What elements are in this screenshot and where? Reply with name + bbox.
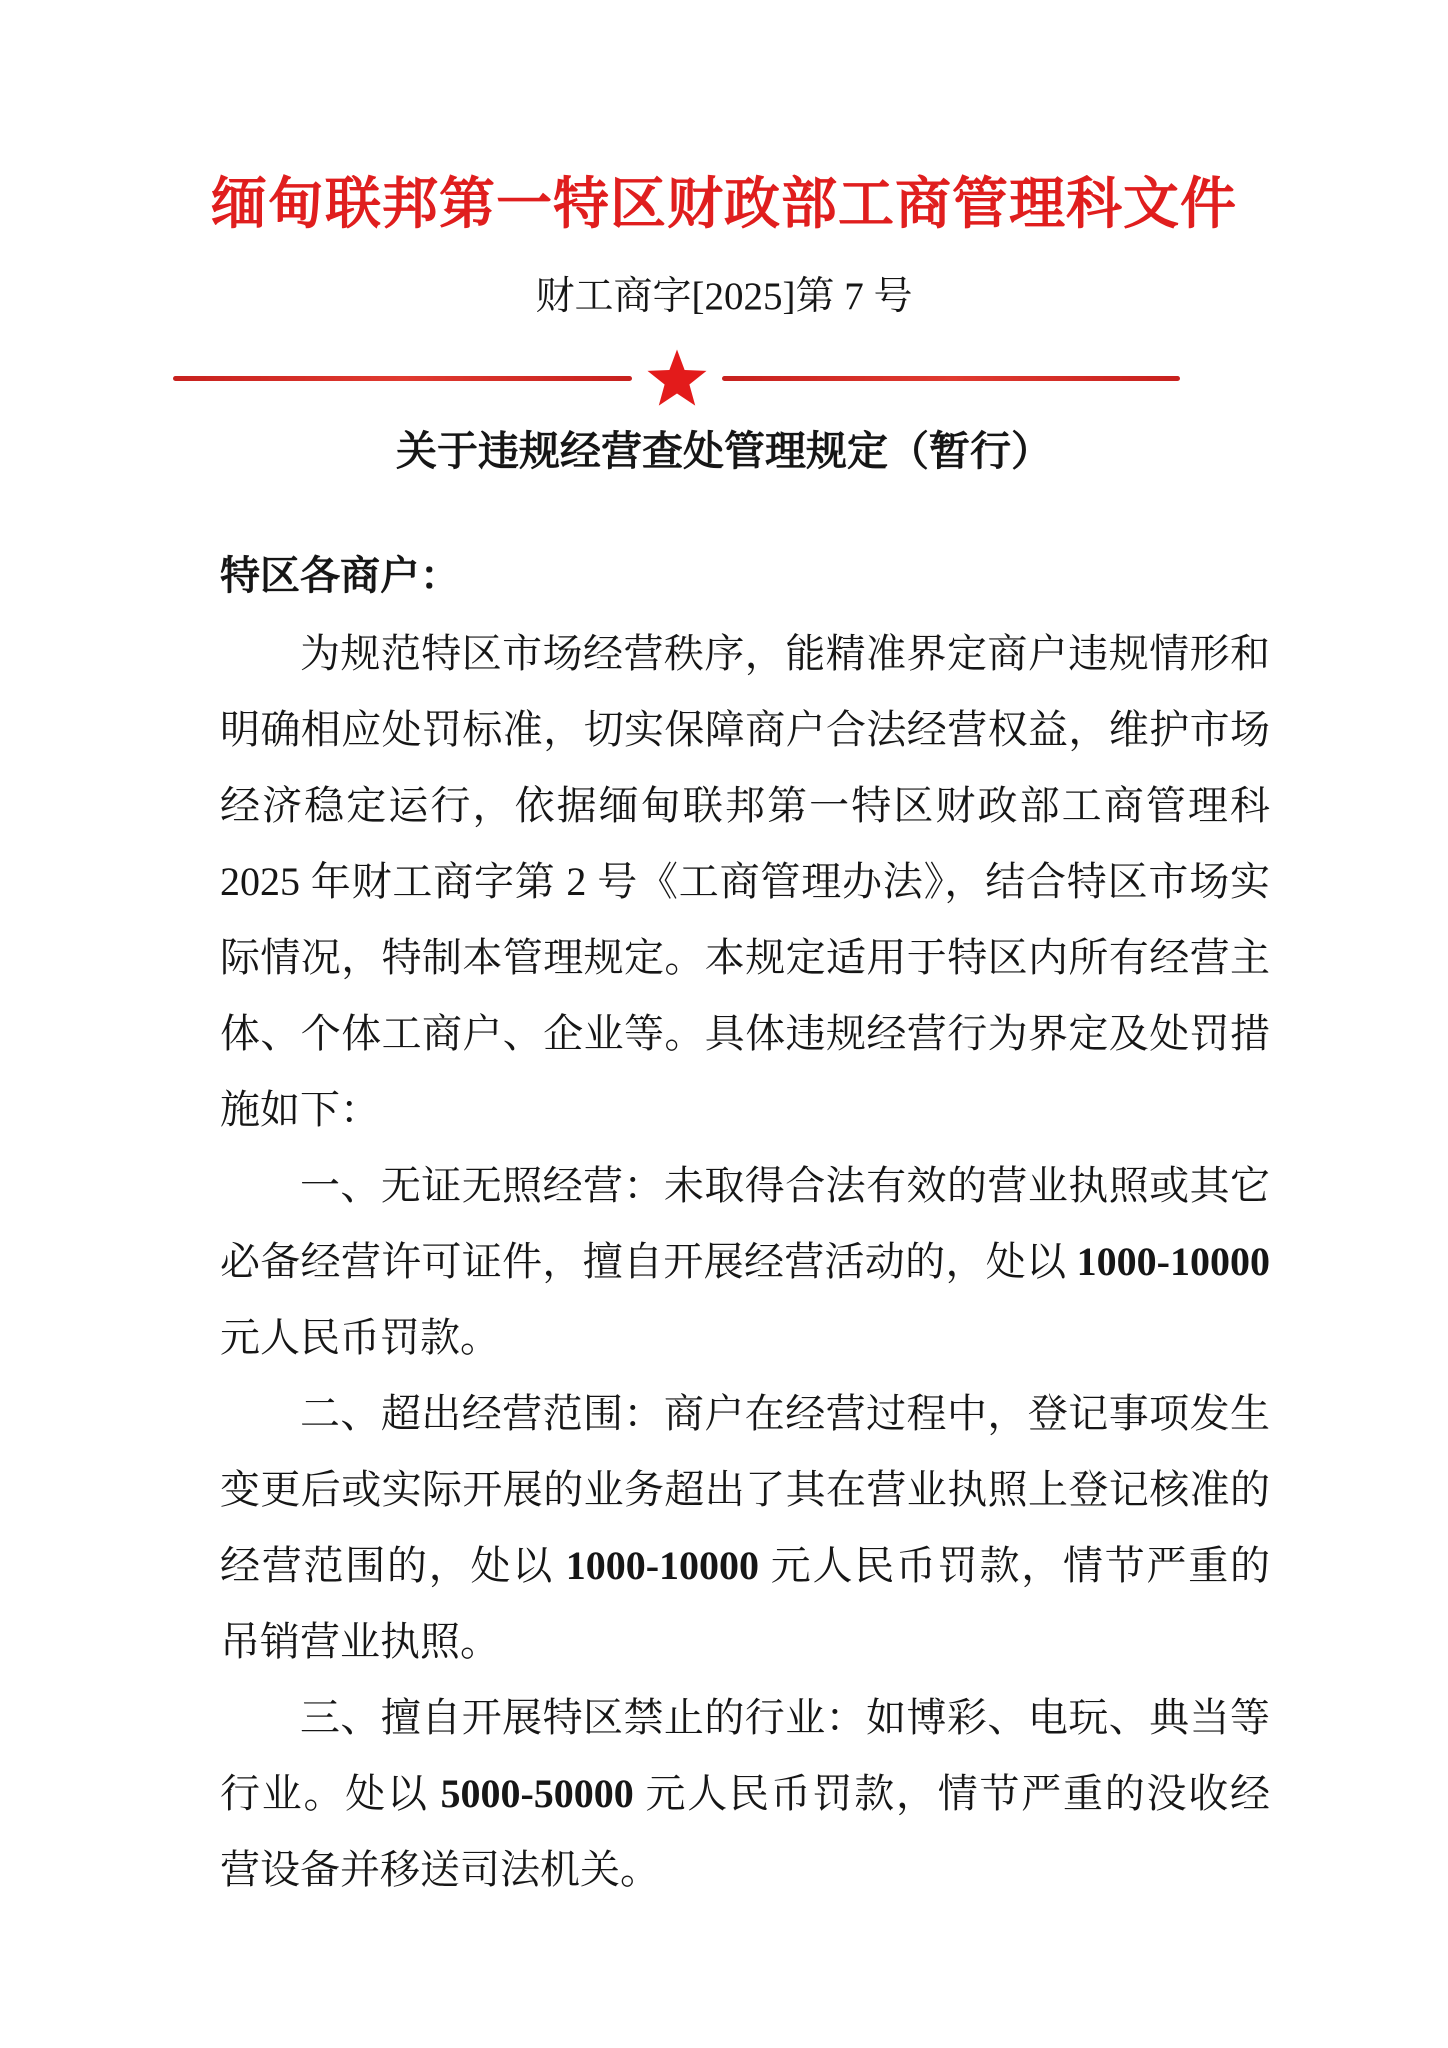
document-content: 特区各商户： 为规范特区市场经营秩序，能精准界定商户违规情形和明确相应处罚标准，… [220, 538, 1270, 1908]
star-icon [646, 348, 708, 408]
divider-line-left [173, 376, 632, 381]
body-paragraph: 三、擅自开展特区禁止的行业：如博彩、电玩、典当等行业。处以 5000-50000… [220, 1680, 1270, 1908]
penalty-amount: 1000-10000 [566, 1543, 759, 1588]
body-paragraph: 为规范特区市场经营秩序，能精准界定商户违规情形和明确相应处罚标准，切实保障商户合… [220, 616, 1270, 1148]
document-body: 为规范特区市场经营秩序，能精准界定商户违规情形和明确相应处罚标准，切实保障商户合… [220, 616, 1270, 1908]
penalty-amount: 5000-50000 [440, 1771, 633, 1816]
penalty-amount: 1000-10000 [1077, 1239, 1270, 1284]
body-paragraph: 一、无证无照经营：未取得合法有效的营业执照或其它必备经营许可证件，擅自开展经营活… [220, 1148, 1270, 1376]
document-number: 财工商字[2025]第 7 号 [0, 274, 1448, 320]
text-segment: 元人民币罚款。 [220, 1315, 500, 1360]
salutation: 特区各商户： [220, 538, 1270, 614]
document-page: 缅甸联邦第一特区财政部工商管理科文件 财工商字[2025]第 7 号 关于违规经… [0, 0, 1448, 2048]
subject-title: 关于违规经营查处管理规定（暂行） [0, 426, 1448, 476]
body-paragraph: 二、超出经营范围：商户在经营过程中，登记事项发生变更后或实际开展的业务超出了其在… [220, 1376, 1270, 1680]
red-divider [173, 346, 1180, 410]
document-header: 缅甸联邦第一特区财政部工商管理科文件 财工商字[2025]第 7 号 [0, 0, 1448, 320]
divider-line-right [722, 376, 1181, 381]
page-title: 缅甸联邦第一特区财政部工商管理科文件 [0, 0, 1448, 238]
text-segment: 为规范特区市场经营秩序，能精准界定商户违规情形和明确相应处罚标准，切实保障商户合… [220, 631, 1270, 1132]
